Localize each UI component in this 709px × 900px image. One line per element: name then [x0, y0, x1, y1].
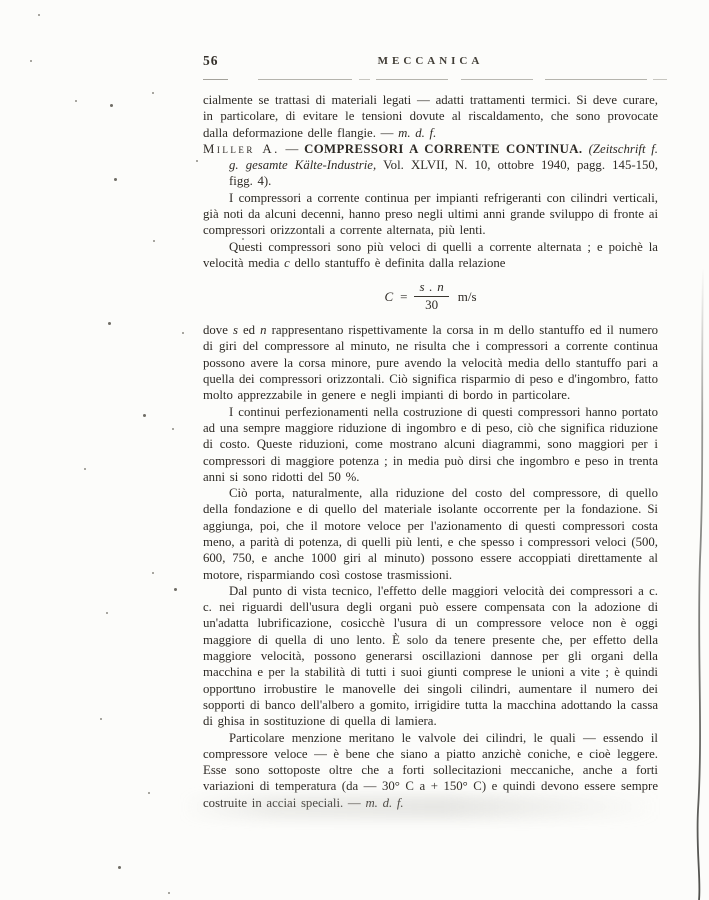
scan-speckle	[172, 428, 174, 430]
scan-speckle	[84, 468, 86, 470]
running-head: 56 MECCANICA	[203, 53, 658, 71]
scan-speckle	[114, 178, 117, 181]
header-rule-segment	[258, 79, 352, 80]
scan-speckle	[108, 322, 111, 325]
scan-speckle	[38, 14, 40, 16]
formula-fraction: s . n 30	[414, 280, 448, 313]
header-rule-segment	[461, 79, 533, 80]
scanned-journal-page: 56 MECCANICA cialmente se trattasi di ma…	[0, 0, 709, 900]
scan-speckle	[75, 100, 77, 102]
paragraph: Dal punto di vista tecnico, l'effetto de…	[203, 583, 658, 730]
paragraph: I compressori a corrente continua per im…	[203, 190, 658, 239]
header-rule-segment	[545, 79, 647, 80]
formula-numerator: s . n	[414, 280, 448, 297]
scan-speckle	[236, 686, 239, 689]
scan-speckle	[153, 240, 155, 242]
scan-speckle	[30, 60, 32, 62]
scan-speckle	[182, 332, 184, 334]
formula-lhs: C	[384, 289, 393, 305]
formula-unit: m/s	[458, 289, 477, 305]
formula-piston-speed: C = s . n 30 m/s	[203, 280, 658, 313]
paragraph: dove s ed n rappresentano rispettivament…	[203, 322, 658, 403]
scan-speckle	[106, 612, 108, 614]
paragraph: Ciò porta, naturalmente, alla riduzione …	[203, 485, 658, 583]
entry-heading: Miller A. — COMPRESSORI A CORRENTE CONTI…	[203, 141, 658, 190]
journal-title: MECCANICA	[203, 55, 658, 67]
scan-speckle	[152, 572, 154, 574]
paragraph: I continui perfezionamenti nella costruz…	[203, 404, 658, 485]
continuation-paragraph: cialmente se trattasi di materiali legat…	[203, 92, 658, 141]
formula-equals: =	[400, 289, 407, 305]
scan-shadow	[180, 795, 660, 819]
header-rule-segment	[359, 79, 370, 80]
scan-speckle	[110, 104, 113, 107]
scan-speckle	[118, 866, 121, 869]
header-rule-segment	[376, 79, 448, 80]
scan-speckle	[152, 92, 154, 94]
scan-speckle	[100, 718, 102, 720]
scan-speckle	[143, 414, 146, 417]
scan-speckle	[148, 792, 150, 794]
scan-speckle	[242, 238, 244, 240]
formula-denominator: 30	[425, 297, 438, 313]
header-rule-segment	[653, 79, 667, 80]
scan-speckle	[168, 892, 170, 894]
scan-speckle	[196, 160, 198, 162]
text-column: cialmente se trattasi di materiali legat…	[203, 92, 658, 811]
scan-speckle	[174, 588, 177, 591]
header-rule-segment	[203, 79, 228, 80]
paragraph: Questi compressori sono più veloci di qu…	[203, 239, 658, 272]
